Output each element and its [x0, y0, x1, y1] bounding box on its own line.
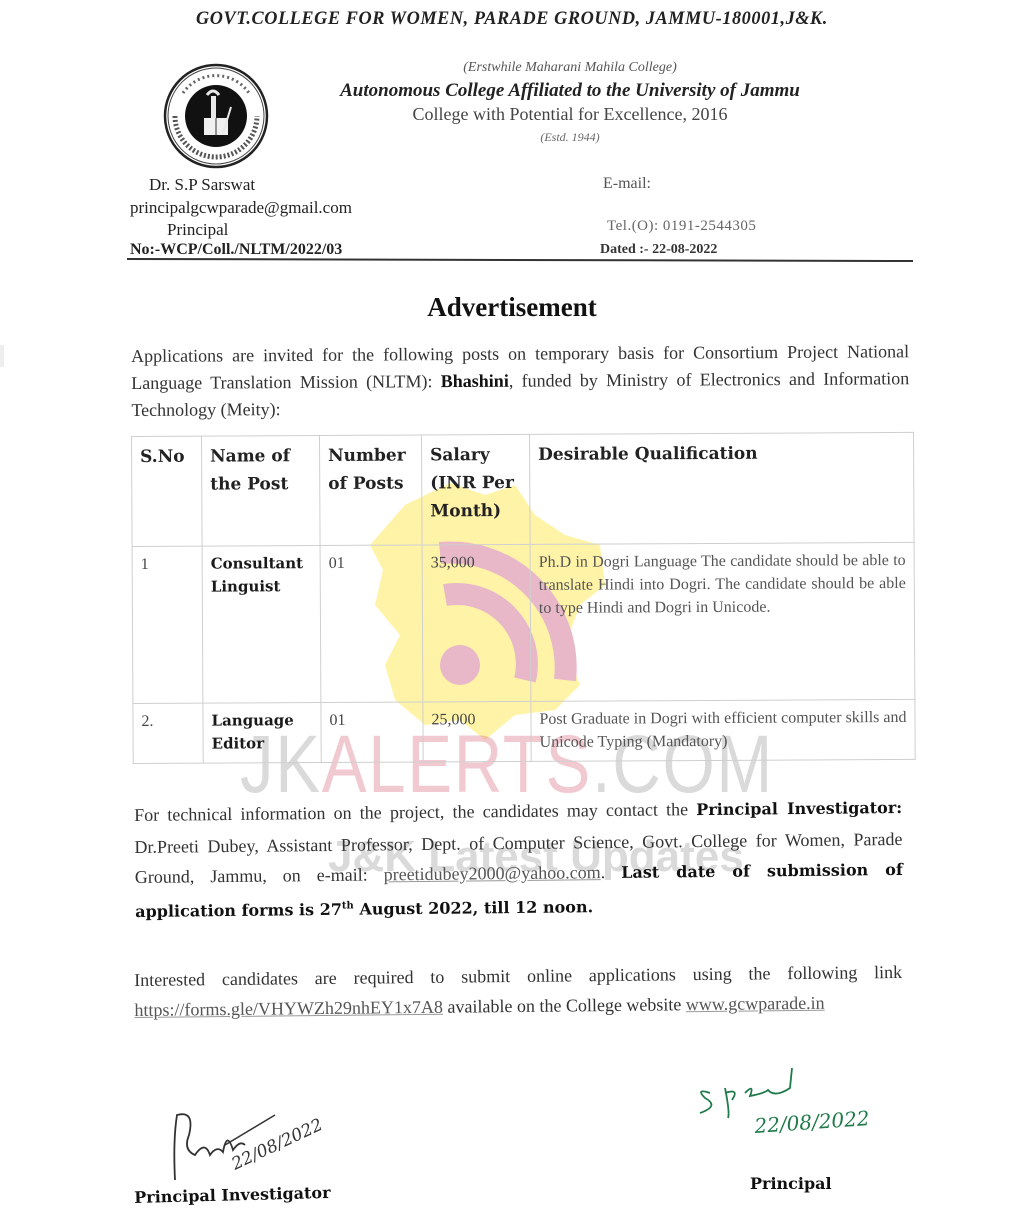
principal-role: Principal: [167, 220, 228, 240]
affiliation-line: Autonomous College Affiliated to the Uni…: [270, 80, 870, 102]
college-name: GOVT.COLLEGE FOR WOMEN, PARADE GROUND, J…: [20, 8, 1003, 30]
college-emblem-icon: [163, 63, 269, 169]
cell-sno: 2.: [133, 703, 203, 763]
pi-signature-icon: 22/08/2022: [165, 1100, 385, 1190]
header-divider: [127, 258, 913, 262]
svg-text:22/08/2022: 22/08/2022: [753, 1106, 871, 1138]
principal-signature-label: Principal: [750, 1174, 832, 1193]
cell-post-name: Language Editor: [203, 703, 321, 764]
cell-post-count: 01: [321, 702, 423, 763]
cell-qualification: Ph.D in Dogri Language The candidate sho…: [530, 542, 915, 701]
principal-signature-icon: 22/08/2022: [680, 1068, 920, 1148]
pi-signature-label: Principal Investigator: [134, 1183, 331, 1207]
header-post-name: Name of the Post: [202, 436, 321, 547]
cell-qualification: Post Graduate in Dogri with efficient co…: [531, 699, 915, 761]
principal-email[interactable]: principalgcwparade@gmail.com: [130, 198, 352, 218]
apply-paragraph: Interested candidates are required to su…: [134, 957, 903, 1025]
email-label: E-mail:: [603, 175, 651, 193]
cell-post-name: Consultant Linguist: [202, 546, 321, 704]
contact-paragraph: For technical information on the project…: [134, 792, 903, 927]
established-year: (Estd. 1944): [270, 130, 870, 145]
cell-salary: 35,000: [422, 544, 531, 702]
table-row: 1 Consultant Linguist 01 35,000 Ph.D in …: [132, 542, 915, 703]
header-qualification: Desirable Qualification: [529, 432, 914, 544]
page-title: Advertisement: [0, 292, 1024, 323]
cpe-line: College with Potential for Excellence, 2…: [270, 104, 870, 125]
application-form-link[interactable]: https://forms.gle/VHYWZh29nhEY1x7A8: [134, 997, 443, 1020]
posts-table: S.No Name of the Post Number of Posts Sa…: [131, 432, 916, 764]
header-sno: S.No: [132, 436, 203, 546]
table-header-row: S.No Name of the Post Number of Posts Sa…: [132, 432, 915, 546]
cell-sno: 1: [132, 546, 203, 703]
reference-number: No:-WCP/Coll./NLTM/2022/03: [130, 241, 342, 259]
college-website-link[interactable]: www.gcwparade.in: [686, 993, 825, 1014]
cell-post-count: 01: [320, 545, 423, 703]
erstwhile-name: (Erstwhile Maharani Mahila College): [270, 60, 870, 76]
date-line: Dated :- 22-08-2022: [600, 242, 717, 258]
cell-salary: 25,000: [423, 701, 531, 762]
telephone: Tel.(O): 0191-2544305: [607, 218, 756, 235]
table-row: 2. Language Editor 01 25,000 Post Gradua…: [133, 699, 915, 763]
scan-edge-mark: [0, 345, 4, 367]
pi-email-link[interactable]: preetidubey2000@yahoo.com: [384, 862, 601, 884]
header-salary: Salary (INR Per Month): [421, 434, 530, 545]
header-number-of-posts: Number of Posts: [320, 435, 423, 546]
principal-name: Dr. S.P Sarswat: [149, 175, 255, 195]
svg-text:22/08/2022: 22/08/2022: [228, 1115, 326, 1175]
intro-paragraph: Applications are invited for the followi…: [131, 338, 909, 424]
